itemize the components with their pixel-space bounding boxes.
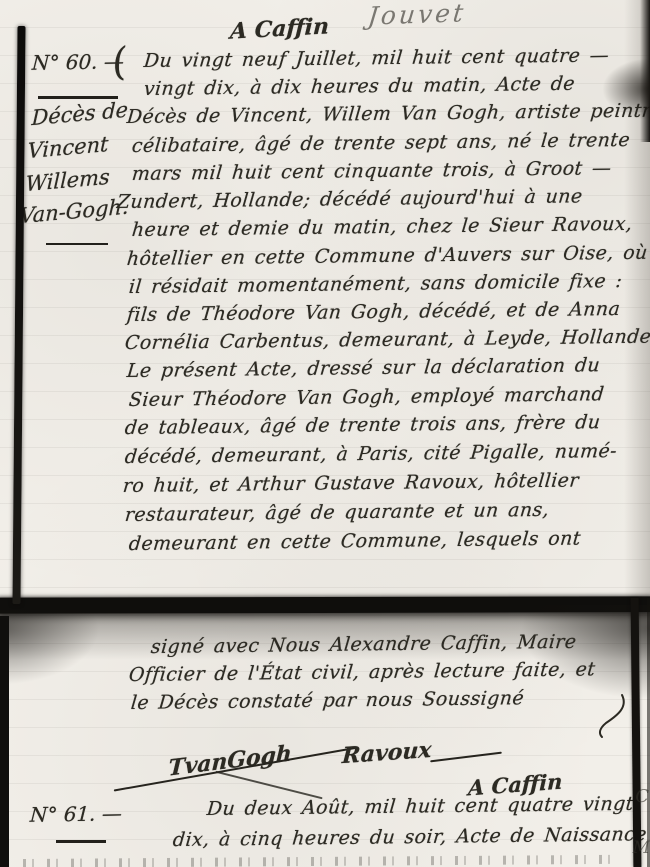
act-number-61: N° 61. — <box>29 801 122 827</box>
paraph-flourish <box>588 693 630 739</box>
act-body-line: Décès de Vincent, Willem Van Gogh, artis… <box>126 99 650 128</box>
margin-title-line: Willems <box>25 165 110 197</box>
act-body-line: hôtellier en cette Commune d'Auvers sur … <box>126 242 649 270</box>
clipped-bottom-text <box>10 855 610 867</box>
act-closing-line: signé avec Nous Alexandre Caffin, Maire <box>150 631 578 658</box>
page-edge-shading <box>624 0 650 598</box>
page-separator-band <box>0 596 650 613</box>
binding-bar-upper <box>12 26 25 604</box>
act-body-line: dix, à cinq heures du soir, Acte de Nais… <box>172 823 648 851</box>
act-body-line: Zundert, Hollande; décédé aujourd'hui à … <box>116 185 584 213</box>
margin-title-line: Décès de <box>31 98 128 131</box>
act-body-line: ro huit, et Arthur Gustave Ravoux, hôtel… <box>122 469 580 497</box>
binding-bar-lower <box>0 616 9 867</box>
act-body-line: fils de Théodore Van Gogh, décédé, et de… <box>126 298 621 326</box>
signature-flourish-stroke <box>430 752 502 763</box>
act-body-line: vingt dix, à dix heures du matin, Acte d… <box>143 73 576 100</box>
margin-dash <box>56 840 106 843</box>
act-body-line: Du deux Août, mil huit cent quatre vingt <box>206 793 635 820</box>
opening-flourish: ( <box>109 39 130 85</box>
act-body-line: mars mil huit cent cinquante trois, à Gr… <box>131 157 613 185</box>
edge-text-fragment: C <box>635 786 649 807</box>
signature-flourish-stroke <box>215 771 322 800</box>
act-body-line: Sieur Théodore Van Gogh, employé marchan… <box>128 383 605 411</box>
edge-text-fragment: M <box>633 838 650 858</box>
act-body-line: décédé, demeurant, à Paris, cité Pigalle… <box>124 440 618 468</box>
act-body-line: de tableaux, âgé de trente trois ans, fr… <box>124 411 602 439</box>
margin-underline <box>46 243 108 245</box>
act-body-line: Du vingt neuf Juillet, mil huit cent qua… <box>143 44 610 72</box>
act-body-line: célibataire, âgé de trente sept ans, né … <box>131 129 631 157</box>
act-body-line: heure et demie du matin, chez le Sieur R… <box>131 213 633 241</box>
act-body-line: Le présent Acte, dressé sur la déclarati… <box>126 354 601 382</box>
act-closing-line: Officier de l'État civil, après lecture … <box>128 658 596 686</box>
mayor-signature-top: A Caffin <box>229 13 329 44</box>
act-body-line: Cornélia Carbentus, demeurant, à Leyde, … <box>124 325 650 354</box>
band-shadow-left <box>0 610 100 685</box>
signature-ravoux: Ravoux <box>341 737 432 769</box>
overflow-signature-jouvet: Jouvet <box>366 0 467 31</box>
registry-page-scan: Jouvet A Caffin N° 60. — Décès de Vincen… <box>0 0 650 867</box>
act-body-line: restaurateur, âgé de quarante et un ans, <box>124 499 550 526</box>
act-body-line: il résidait momentanément, sans domicile… <box>128 270 623 298</box>
margin-title-line: Vincent <box>27 132 109 163</box>
act-body-line: demeurant en cette Commune, lesquels ont <box>128 527 582 555</box>
act-closing-line: le Décès constaté par nous Soussigné <box>130 687 525 714</box>
margin-title-line: Van-Gogh. <box>19 194 129 228</box>
